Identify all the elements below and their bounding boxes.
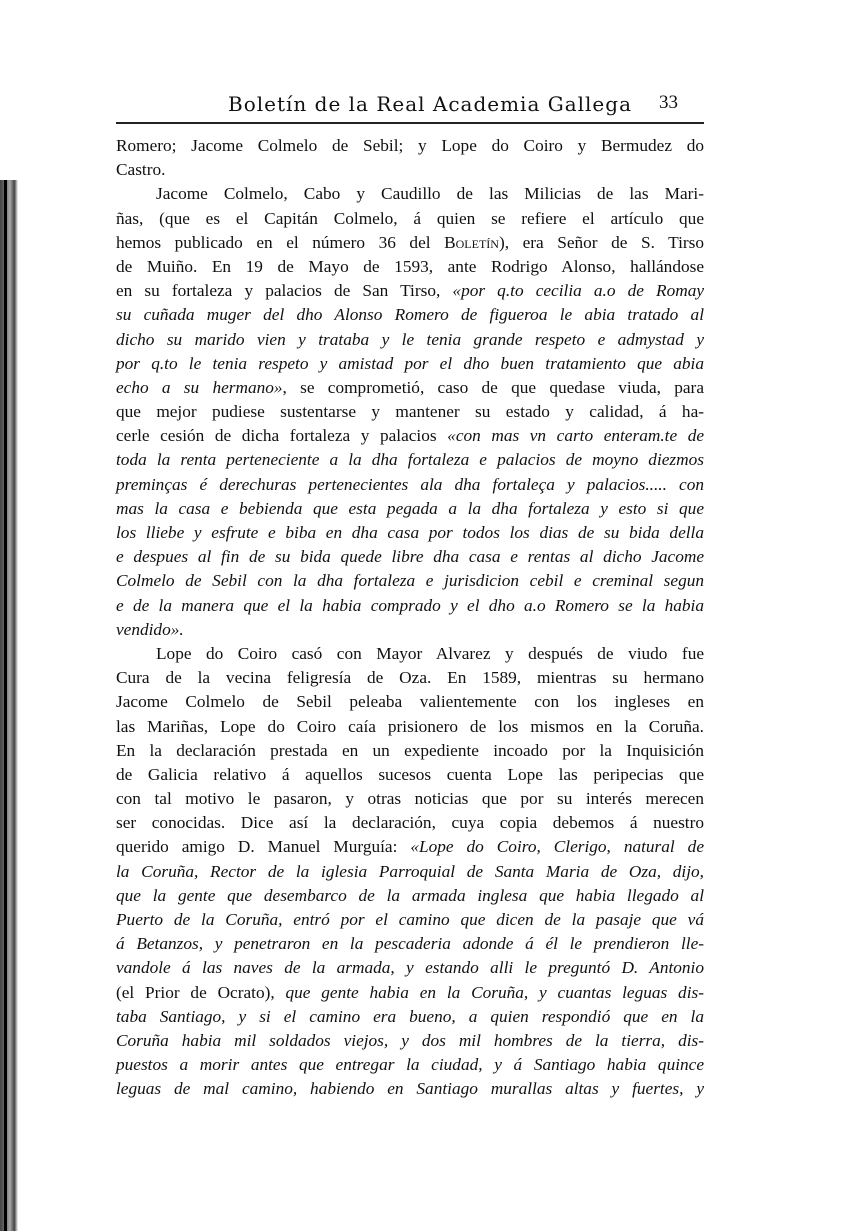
text-run: Jacome Colmelo, Cabo y Caudillo de las M… [156, 184, 704, 203]
text-run: con tal motivo le pasaron, y otras notic… [116, 789, 704, 808]
text-line: su cuñada muger del dho Alonso Romero de… [116, 303, 704, 327]
text-run: (el Prior de Ocrato), [116, 983, 285, 1002]
quoted-text: echo a su hermano» [116, 378, 283, 397]
text-line: Romero; Jacome Colmelo de Sebil; y Lope … [116, 134, 704, 158]
text-line: de Galicia relativo á aquellos sucesos c… [116, 763, 704, 787]
quoted-text: «por q.to cecilia a.o de Romay [452, 281, 704, 300]
quoted-text: su cuñada muger del dho Alonso Romero de… [116, 305, 704, 324]
text-line: la Coruña, Rector de la iglesia Parroqui… [116, 860, 704, 884]
text-line: Lope do Coiro casó con Mayor Alvarez y d… [116, 642, 704, 666]
text-run: de Muiño. En 19 de Mayo de 1593, ante Ro… [116, 257, 704, 276]
quoted-text: mas la casa e bebienda que esta pegada a… [116, 499, 704, 518]
text-line: querido amigo D. Manuel Murguía: «Lope d… [116, 835, 704, 859]
text-line: á Betanzos, y penetraron en la pescaderi… [116, 932, 704, 956]
text-line: dicho su marido vien y trataba y le teni… [116, 328, 704, 352]
quoted-text: Coruña habia mil soldados viejos, y dos … [116, 1031, 704, 1050]
page-number: 33 [659, 92, 678, 114]
text-line: taba Santiago, y si el camino era bueno,… [116, 1005, 704, 1029]
text-run: , se comprometió, caso de que quedase vi… [283, 378, 704, 397]
quoted-text: que gente habia en la Coruña, y cuantas … [285, 983, 704, 1002]
text-line: de Muiño. En 19 de Mayo de 1593, ante Ro… [116, 255, 704, 279]
text-run: que mejor pudiese sustentarse y mantener… [116, 402, 704, 421]
text-run: hemos publicado en el número 36 del [116, 233, 444, 252]
text-line: echo a su hermano», se comprometió, caso… [116, 376, 704, 400]
text-run: las Mariñas, Lope do Coiro caía prisione… [116, 717, 704, 736]
journal-title: Boletín de la Real Academia Gallega [228, 92, 632, 116]
body-text: Romero; Jacome Colmelo de Sebil; y Lope … [116, 134, 704, 1102]
text-line: mas la casa e bebienda que esta pegada a… [116, 497, 704, 521]
text-line: toda la renta perteneciente a la dha for… [116, 448, 704, 472]
text-run: En la declaración prestada en un expedie… [116, 741, 704, 760]
text-run: querido amigo D. Manuel Murguía: [116, 837, 410, 856]
running-header: Boletín de la Real Academia Gallega 33 [116, 88, 704, 124]
text-line: en su fortaleza y palacios de San Tirso,… [116, 279, 704, 303]
text-run: Castro. [116, 160, 165, 179]
text-run: en su fortaleza y palacios de San Tirso, [116, 281, 452, 300]
text-line: preminças é derechuras pertenecientes al… [116, 473, 704, 497]
text-line: Jacome Colmelo, Cabo y Caudillo de las M… [116, 182, 704, 206]
text-line: cerle cesión de dicha fortaleza y palaci… [116, 424, 704, 448]
text-run: ñas, (que es el Capitán Colmelo, á quien… [116, 209, 704, 228]
quoted-text: «Lope do Coiro, Clerigo, natural de [410, 837, 704, 856]
text-run: ), era Señor de S. Tirso [499, 233, 704, 252]
text-run: de Galicia relativo á aquellos sucesos c… [116, 765, 704, 784]
text-line: ser conocidas. Dice así la declaración, … [116, 811, 704, 835]
text-line: e de la manera que el la habia comprado … [116, 594, 704, 618]
quoted-text: los lliebe y esfrute e biba en dha casa … [116, 523, 704, 542]
quoted-text: taba Santiago, y si el camino era bueno,… [116, 1007, 704, 1026]
text-line: con tal motivo le pasaron, y otras notic… [116, 787, 704, 811]
quoted-text: e de la manera que el la habia comprado … [116, 596, 704, 615]
quoted-text: vendido». [116, 620, 184, 639]
page-binding-line [4, 180, 7, 1231]
text-run: Lope do Coiro casó con Mayor Alvarez y d… [156, 644, 704, 663]
text-line: hemos publicado en el número 36 del Bole… [116, 231, 704, 255]
text-line: que mejor pudiese sustentarse y mantener… [116, 400, 704, 424]
quoted-text: preminças é derechuras pertenecientes al… [116, 475, 704, 494]
quoted-text: «con mas vn carto enteram.te de [447, 426, 704, 445]
quoted-text: vandole á las naves de la armada, y esta… [116, 958, 704, 977]
text-line: ñas, (que es el Capitán Colmelo, á quien… [116, 207, 704, 231]
text-line: Colmelo de Sebil con la dha fortaleza e … [116, 569, 704, 593]
text-line: (el Prior de Ocrato), que gente habia en… [116, 981, 704, 1005]
quoted-text: e despues al fin de su bida quede libre … [116, 547, 704, 566]
text-run: Cura de la vecina feligresía de Oza. En … [116, 668, 704, 687]
text-run: Romero; Jacome Colmelo de Sebil; y Lope … [116, 136, 704, 155]
text-line: Castro. [116, 158, 704, 182]
quoted-text: toda la renta perteneciente a la dha for… [116, 450, 704, 469]
quoted-text: leguas de mal camino, habiendo en Santia… [116, 1079, 704, 1098]
text-run: Jacome Colmelo de Sebil peleaba valiente… [116, 692, 704, 711]
text-line: Coruña habia mil soldados viejos, y dos … [116, 1029, 704, 1053]
text-line: Jacome Colmelo de Sebil peleaba valiente… [116, 690, 704, 714]
quoted-text: por q.to le tenia respeto y amistad por … [116, 354, 704, 373]
quoted-text: Puerto de la Coruña, entró por el camino… [116, 910, 704, 929]
text-line: que la gente que desembarco de la armada… [116, 884, 704, 908]
text-run: ser conocidas. Dice así la declaración, … [116, 813, 704, 832]
quoted-text: dicho su marido vien y trataba y le teni… [116, 330, 704, 349]
quoted-text: á Betanzos, y penetraron en la pescaderi… [116, 934, 704, 953]
text-line: los lliebe y esfrute e biba en dha casa … [116, 521, 704, 545]
quoted-text: que la gente que desembarco de la armada… [116, 886, 704, 905]
text-line: puestos a morir antes que entregar la ci… [116, 1053, 704, 1077]
text-line: e despues al fin de su bida quede libre … [116, 545, 704, 569]
text-line: por q.to le tenia respeto y amistad por … [116, 352, 704, 376]
text-line: Cura de la vecina feligresía de Oza. En … [116, 666, 704, 690]
text-line: vandole á las naves de la armada, y esta… [116, 956, 704, 980]
text-line: las Mariñas, Lope do Coiro caía prisione… [116, 715, 704, 739]
text-line: vendido». [116, 618, 704, 642]
quoted-text: Colmelo de Sebil con la dha fortaleza e … [116, 571, 704, 590]
page-binding-edge [0, 180, 18, 1231]
quoted-text: puestos a morir antes que entregar la ci… [116, 1055, 704, 1074]
text-line: En la declaración prestada en un expedie… [116, 739, 704, 763]
text-line: Puerto de la Coruña, entró por el camino… [116, 908, 704, 932]
text-run: Boletín [444, 233, 499, 252]
quoted-text: la Coruña, Rector de la iglesia Parroqui… [116, 862, 704, 881]
text-run: cerle cesión de dicha fortaleza y palaci… [116, 426, 447, 445]
text-line: leguas de mal camino, habiendo en Santia… [116, 1077, 704, 1101]
